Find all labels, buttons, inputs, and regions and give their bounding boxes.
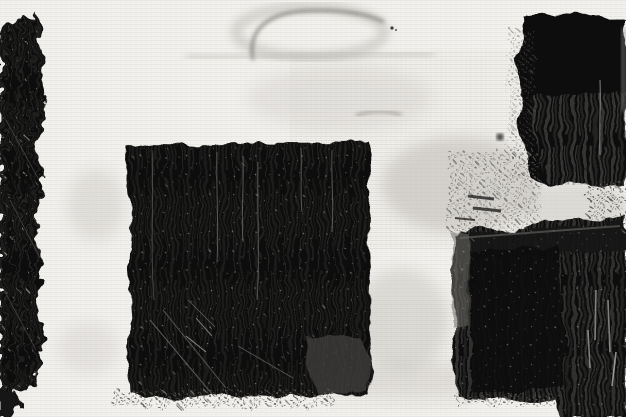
painting-canvas: [0, 0, 626, 417]
bottom-right-block-speckle-skirt: [455, 394, 555, 406]
abstract-painting: [0, 0, 626, 417]
center-block-speckle-skirt: [112, 391, 336, 408]
right-edge-light-sliver: [621, 28, 626, 112]
center-paint-block: [112, 141, 374, 408]
top-right-block-gray-streaks: [531, 92, 626, 188]
top-right-block-light-line: [600, 80, 601, 155]
small-paint-dot: [496, 133, 503, 140]
bottom-right-block-specks: [452, 216, 626, 417]
bottom-right-paint-block: [451, 216, 626, 417]
right-middle-speckle-zone: [448, 150, 540, 232]
left-block-specks: [0, 13, 46, 394]
center-block-gray-patch: [305, 335, 372, 394]
